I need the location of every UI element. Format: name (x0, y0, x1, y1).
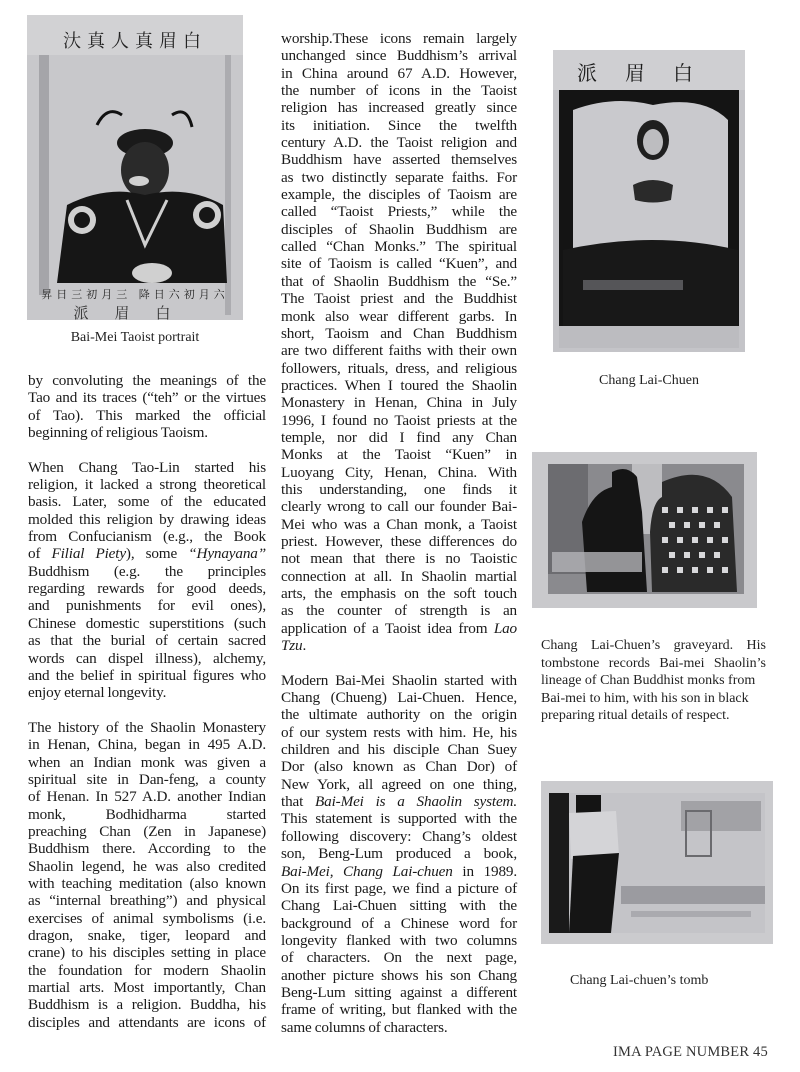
svg-text:派眉白: 派眉白 (73, 304, 196, 320)
tomb-image (541, 781, 773, 944)
graveyard-image (532, 452, 757, 608)
page-number-footer: IMA PAGE NUMBER 45 (613, 1044, 793, 1061)
paragraph-chang-tao-lin: When Chang Tao-Lin started his religion,… (28, 459, 266, 702)
paragraph-tao-traces: by convoluting the meanings of the Tao a… (28, 372, 266, 441)
line-lao-tzu: application of a Taoist idea from Lao (281, 620, 517, 637)
line-shaolin-system: that Bai-Mei is a Shaolin system. (281, 793, 517, 810)
svg-text:汏真人真眉白: 汏真人真眉白 (63, 31, 207, 52)
bai-mei-portrait-caption: Bai-Mei Taoist portrait (27, 329, 243, 347)
chang-lai-chuen-image: 派眉白 (553, 50, 745, 352)
bai-mei-portrait-image: 汏真人真眉白 昇日三初月三 降日六初月六 派眉白 (27, 15, 243, 320)
paragraph-modern-bai-mei: Modern Bai-Mei Shaolin started with Chan… (281, 672, 517, 1036)
paragraph-shaolin-history: The history of the Shaolin Monastery in … (28, 719, 266, 1031)
tomb-caption: Chang Lai-chuen’s tomb (570, 972, 770, 990)
line-filial-piety: of Filial Piety), some “Hynayana” (28, 545, 266, 562)
paragraph-icons-worship: worship.These icons remain largely uncha… (281, 30, 517, 654)
svg-text:昇日三初月三 降日六初月六: 昇日三初月三 降日六初月六 (41, 287, 229, 301)
left-text-column: by convoluting the meanings of the Tao a… (28, 372, 266, 1048)
svg-text:派眉白: 派眉白 (577, 61, 721, 85)
middle-text-column: worship.These icons remain largely uncha… (281, 30, 517, 1053)
chang-lai-chuen-caption: Chang Lai-Chuen (553, 372, 745, 390)
graveyard-caption: Chang Lai-Chuen’s graveyard. His tombsto… (541, 637, 766, 725)
line-book-title: Bai-Mei, Chang Lai-chuen in 1989. (281, 863, 517, 880)
